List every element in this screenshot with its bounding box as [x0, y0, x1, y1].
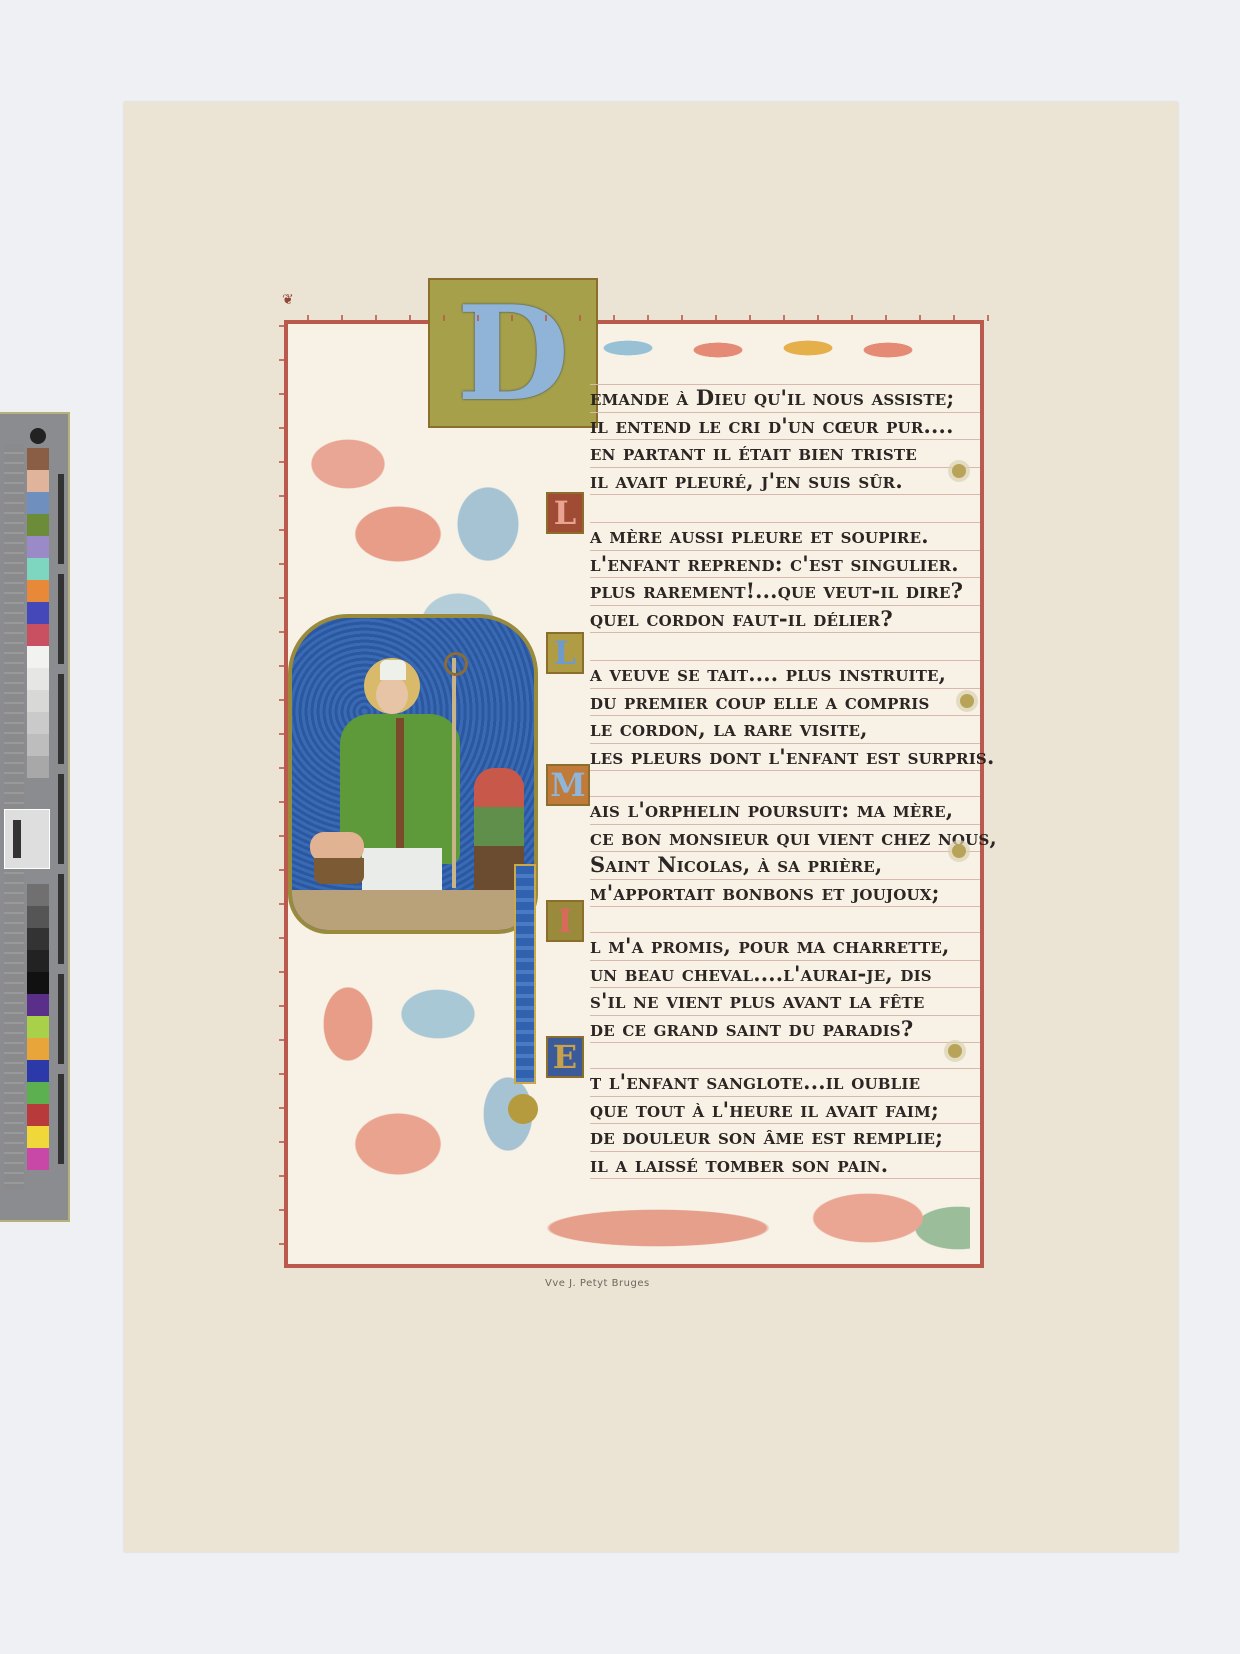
color-swatch [27, 690, 49, 712]
verse-line: t l'enfant sanglote...il oublie [590, 1068, 980, 1097]
verse-line: quel cordon faut-il délier? [590, 606, 980, 634]
mitre [380, 660, 406, 680]
color-swatch [27, 536, 49, 558]
verse-line: a mère aussi pleure et soupire. [590, 522, 980, 551]
color-swatch [27, 950, 49, 972]
color-swatch [27, 646, 49, 668]
gold-sparkle-icon [948, 1044, 962, 1058]
color-swatch [27, 734, 49, 756]
verse-line: ce bon monsieur qui vient chez nous, [590, 825, 980, 853]
color-swatch [27, 884, 49, 906]
color-swatch [27, 1016, 49, 1038]
verse-line: le cordon, la rare visite, [590, 716, 980, 744]
color-checker-strip [0, 412, 70, 1222]
top-vine-ornament [588, 328, 970, 368]
initial-m: M [546, 764, 590, 806]
verse-line: de douleur son âme est remplie; [590, 1124, 980, 1152]
verse-line: s'il ne vient plus avant la fête [590, 988, 980, 1016]
illuminated-frame: D L L M I E emande à Dieu qu'il nous ass… [284, 320, 984, 1268]
verse-line: les pleurs dont l'enfant est surpris. [590, 744, 980, 772]
color-swatch [27, 712, 49, 734]
verse-line: que tout à l'heure il avait faim; [590, 1097, 980, 1125]
verse-line: plus rarement!...que veut-il dire? [590, 578, 980, 606]
verse-line: un beau cheval....l'aurai-je, dis [590, 961, 980, 989]
verse-line: il entend le cri d'un cœur pur.... [590, 413, 980, 441]
verse-line: il avait pleuré, j'en suis sûr. [590, 468, 980, 496]
color-swatch [27, 1038, 49, 1060]
blue-ornamental-bar [514, 864, 536, 1084]
verse-line: l m'a promis, pour ma charrette, [590, 932, 980, 961]
color-swatch [27, 1126, 49, 1148]
stanza-6: t l'enfant sanglote...il oublie que tout… [590, 1068, 980, 1179]
verse-line: en partant il était bien triste [590, 440, 980, 468]
verse-line: ais l'orphelin poursuit: ma mère, [590, 796, 980, 825]
color-swatch [27, 668, 49, 690]
color-swatch [27, 470, 49, 492]
gold-sparkle-icon [952, 464, 966, 478]
checker-swatches [27, 448, 49, 778]
corner-flourish-icon: ❦ [282, 292, 294, 308]
color-swatch [27, 448, 49, 470]
color-swatch [27, 756, 49, 778]
initial-i: I [546, 900, 584, 942]
checker-swatches-lower [27, 884, 49, 1170]
color-swatch [27, 624, 49, 646]
color-swatch [27, 928, 49, 950]
verse-line: du premier coup elle a compris [590, 689, 980, 717]
gray-card [4, 809, 50, 869]
color-swatch [27, 514, 49, 536]
orphrey-cross [396, 718, 404, 848]
color-swatch [27, 602, 49, 624]
stanza-5: l m'a promis, pour ma charrette, un beau… [590, 932, 980, 1043]
saint-nicholas-miniature [288, 614, 538, 934]
verse-line: a veuve se tait.... plus instruite, [590, 660, 980, 689]
gold-sparkle-icon [952, 844, 966, 858]
stanza-2: a mère aussi pleure et soupire. l'enfant… [590, 522, 980, 633]
color-swatch [27, 1060, 49, 1082]
color-swatch [27, 994, 49, 1016]
stanza-4: ais l'orphelin poursuit: ma mère, ce bon… [590, 796, 980, 907]
checker-bars [58, 474, 64, 1174]
gold-sparkle-icon [960, 694, 974, 708]
verse-line: m'apportait bonbons et joujoux; [590, 880, 980, 908]
crozier [452, 658, 456, 888]
color-swatch [27, 1082, 49, 1104]
initial-l-2: L [546, 632, 584, 674]
initial-l-1: L [546, 492, 584, 534]
color-swatch [27, 580, 49, 602]
ground [292, 890, 534, 930]
wooden-tub [314, 858, 364, 884]
initial-e: E [546, 1036, 584, 1078]
color-swatch [27, 558, 49, 580]
color-swatch [27, 492, 49, 514]
initial-d: D [428, 278, 598, 428]
verse-line: de ce grand saint du paradis? [590, 1016, 980, 1044]
color-swatch [27, 1104, 49, 1126]
stanza-1: emande à Dieu qu'il nous assiste; il ent… [590, 384, 980, 495]
color-swatch [27, 1148, 49, 1170]
verse-line: l'enfant reprend: c'est singulier. [590, 551, 980, 579]
verse-line: Saint Nicolas, à sa prière, [590, 852, 980, 880]
color-swatch [27, 906, 49, 928]
color-swatch [27, 972, 49, 994]
stanza-3: a veuve se tait.... plus instruite, du p… [590, 660, 980, 771]
registration-dot [30, 428, 46, 444]
printer-imprint: Vve J. Petyt Bruges [545, 1278, 650, 1289]
gold-boss [508, 1094, 538, 1124]
verse-line: il a laissé tomber son pain. [590, 1152, 980, 1180]
saint-head [376, 676, 408, 714]
verse-line: emande à Dieu qu'il nous assiste; [590, 384, 980, 413]
